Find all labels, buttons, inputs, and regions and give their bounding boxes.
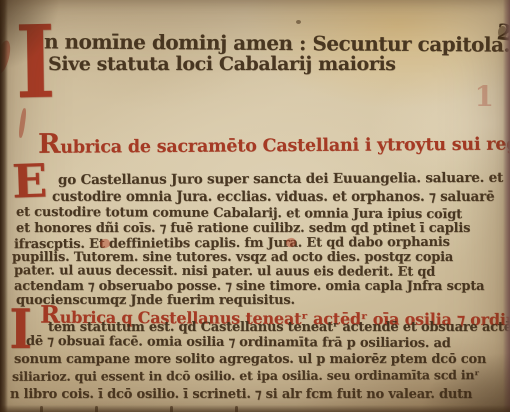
manuscript-line: tem statutum est. qd Castellanus teneatʳ… xyxy=(48,320,510,335)
manuscript-line: n libro cois. ī dcō osilio. ī scrineti. … xyxy=(10,387,472,402)
manuscript-line: et custodire totum comune Cabalarij. et … xyxy=(16,205,462,222)
ink-speck xyxy=(296,20,301,24)
manuscript-line: custodire omnia Jura. ecclias. viduas. e… xyxy=(52,189,494,205)
photo-corner-shadow xyxy=(420,352,510,412)
ink-speck xyxy=(286,44,290,47)
marginal-numeral: 1 xyxy=(475,80,494,113)
manuscript-line: siliarioz. qui essent in dcō osilio. et … xyxy=(12,367,479,384)
rubric-sacramento: Rubrica de sacramēto Castellani i ytroyt… xyxy=(38,125,510,160)
manuscript-line: actendam ⁊ obseruabo posse. ⁊ sine timor… xyxy=(14,279,484,294)
manuscript-line: sonum campane more solito agregatos. ul … xyxy=(14,352,486,367)
manuscript-line: pater. ul auus decessit. nisi pater. ul … xyxy=(14,263,435,279)
illuminated-initial-e-icon: E xyxy=(11,157,48,204)
photo-corner-shadow xyxy=(0,0,60,70)
heading-line-2: Sive statuta loci Cabalarij maioris xyxy=(48,53,396,75)
manuscript-line: dē ⁊ obsuaī facē. omia osilia ⁊ ordinamī… xyxy=(26,334,451,351)
manuscript-line: go Castellanus Juro super sancta dei Euu… xyxy=(58,170,503,188)
manuscript-page-photo: I n nomīne dominj amen : Secuntur capito… xyxy=(0,0,510,412)
manuscript-line: et honores dñi coīs. ⁊ fuē ratione cuili… xyxy=(16,221,470,236)
photo-edge-right xyxy=(503,0,510,412)
